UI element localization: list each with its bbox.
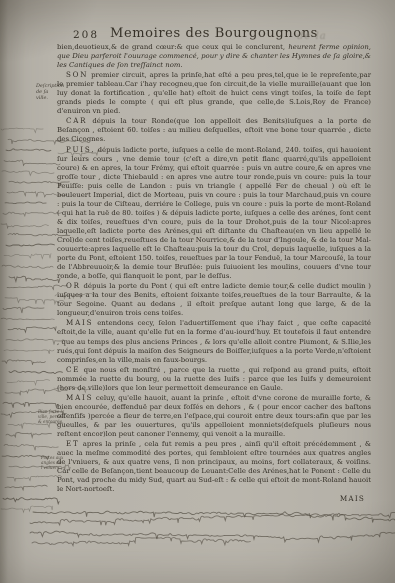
- paragraph: CE que nous eſt monſtré , parce que la r…: [57, 365, 371, 393]
- paragraph: CAR dépuis la tour Ronde(que lon appello…: [57, 116, 371, 144]
- paragraph-lead: ET: [66, 439, 80, 448]
- paragraph: bien,deuotieux,& de grand cœur:& que ceu…: [57, 43, 371, 70]
- paragraph-lead: CAR: [66, 116, 87, 125]
- paragraph: OR dépuis la porte du Pont ( qui eſt ent…: [57, 281, 371, 318]
- paragraph-lead: PUIS,: [66, 145, 95, 154]
- paragraph-text: premier circuit, apres la prinſe,hat eſt…: [57, 71, 371, 115]
- book-page: 208 Memoires des Bourgougnons de la Deſc…: [0, 0, 395, 583]
- paragraph-text: dépuis ladicte porte, iuſques a celle de…: [57, 146, 371, 281]
- paragraph-lead: CE: [66, 365, 80, 374]
- paragraph-lead: MAIS: [66, 318, 93, 327]
- paragraph-text: apres la prinſe , cela fut remis a peu p…: [57, 440, 371, 493]
- paragraph: MAIS entendons cecy, ſelon l'aduertiſſem…: [57, 318, 371, 364]
- main-text-block: bien,deuotieux,& de grand cœur:& que ceu…: [57, 43, 371, 503]
- paragraph-text: entendons cecy, ſelon l'aduertiſſement q…: [57, 319, 371, 363]
- paragraph: PUIS, dépuis ladicte porte, iuſques a ce…: [57, 145, 371, 282]
- paragraph-lead: MAIS: [66, 393, 93, 402]
- paragraph: SON premier circuit, apres la prinſe,hat…: [57, 70, 371, 116]
- catchword: MAIS: [57, 494, 371, 503]
- paragraph-text: dépuis la porte du Pont ( qui eſt entre …: [57, 282, 371, 317]
- paragraph-text: bien,deuotieux,& de grand cœur:& que ceu…: [57, 43, 288, 51]
- paragraph-lead: SON: [66, 70, 88, 79]
- paragraph-text: dépuis la tour Ronde(que lon appelloit d…: [57, 117, 371, 143]
- paragraph-text: celuy, qu'elle hauoit, auant la prinſe ,…: [57, 394, 371, 438]
- paragraph: MAIS celuy, qu'elle hauoit, auant la pri…: [57, 393, 371, 439]
- paragraph-lead: OR: [66, 281, 81, 290]
- ink-bleed-through-text: de la: [297, 31, 327, 42]
- paragraph: ET apres la prinſe , cela fut remis a pe…: [57, 439, 371, 494]
- paragraph-text: que nous eſt monſtré , parce que la ruet…: [57, 366, 371, 392]
